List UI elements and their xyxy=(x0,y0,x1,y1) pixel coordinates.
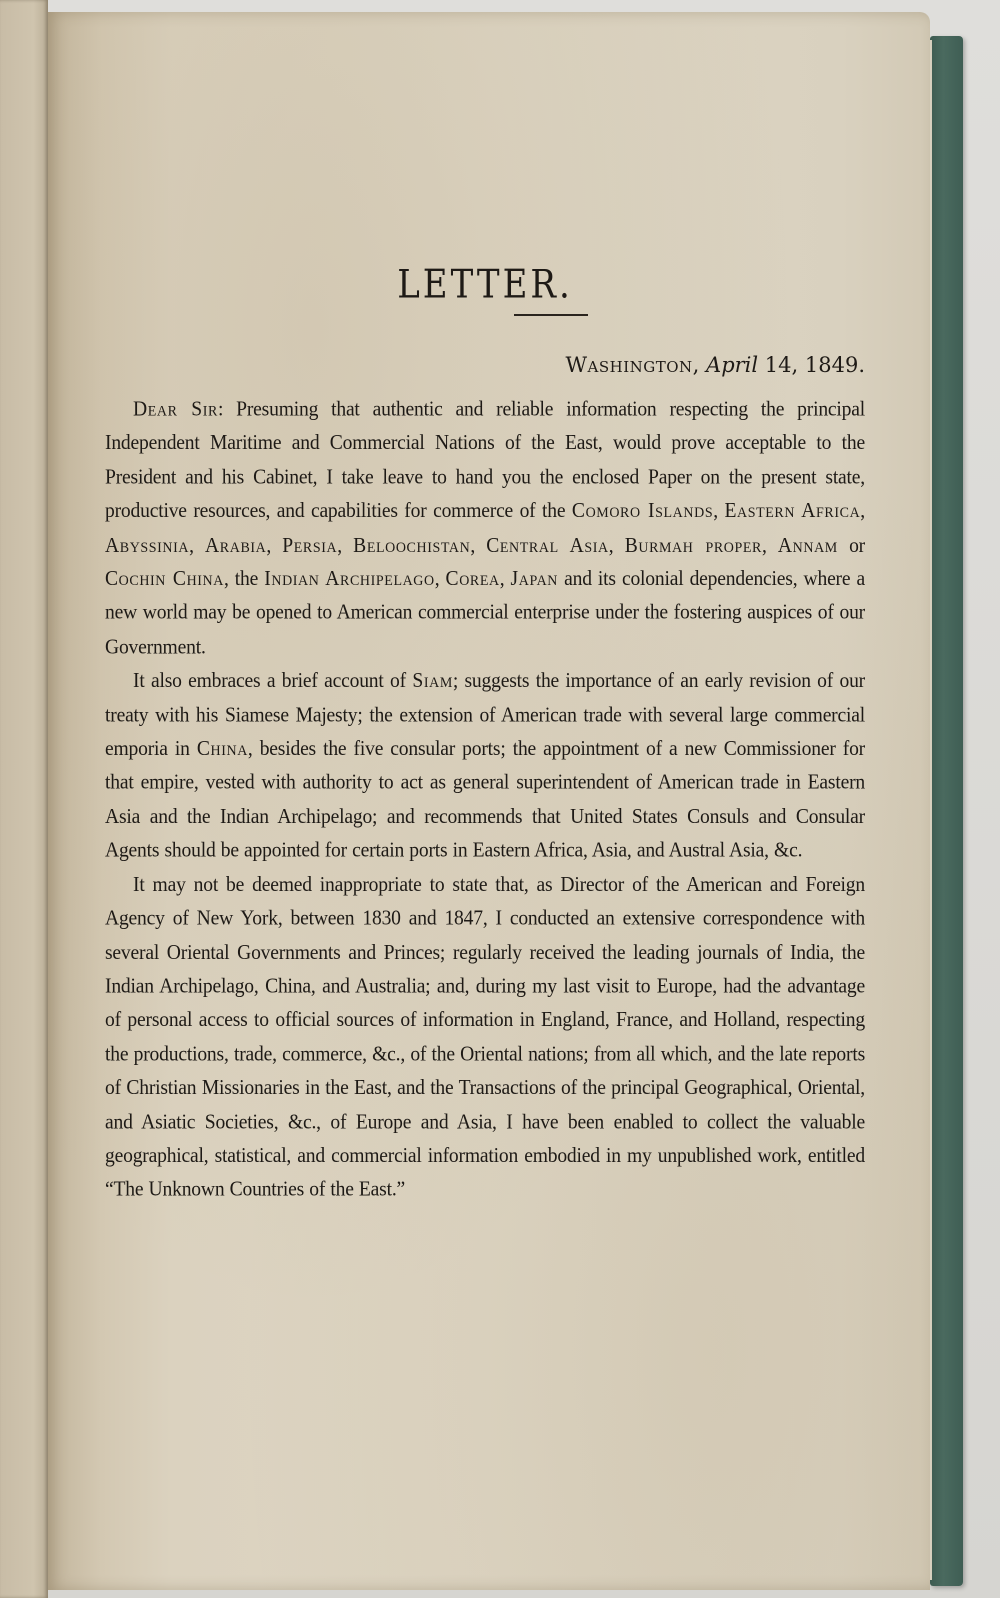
small-caps-term: Central Asia xyxy=(486,534,609,557)
paragraph-text: , xyxy=(609,534,625,557)
paragraph-text: , the xyxy=(224,568,264,591)
letter-paragraph: It also embraces a brief account of Siam… xyxy=(105,664,865,868)
letter-paragraph: Dear Sir: Presuming that authentic and r… xyxy=(105,393,865,664)
paragraph-text: , xyxy=(470,534,486,557)
small-caps-term: Eastern Africa xyxy=(724,500,860,523)
dateline-separator: , xyxy=(693,353,706,377)
dateline-place: Washington xyxy=(565,353,692,377)
page-title: LETTER. xyxy=(105,262,865,308)
paragraph-text: , xyxy=(337,534,353,557)
paragraph-text: It may not be deemed inappropriate to st… xyxy=(105,873,865,1201)
small-caps-term: Abyssinia xyxy=(105,534,189,557)
small-caps-term: Comoro Islands xyxy=(572,500,713,523)
paragraph-text: It also embraces a brief account of xyxy=(133,670,412,693)
small-caps-term: Cochin China xyxy=(105,568,224,591)
paragraph-text: , xyxy=(266,534,282,557)
small-caps-term: Burmah proper xyxy=(625,534,762,557)
small-caps-term: China xyxy=(197,738,248,761)
small-caps-term: Annam xyxy=(778,534,838,557)
dateline-month: April xyxy=(706,353,758,377)
title-rule-divider xyxy=(514,314,588,316)
small-caps-term: Indian Archipelago xyxy=(264,568,434,591)
book-page: LETTER. Washington, April 14, 1849. Dear… xyxy=(48,12,930,1590)
paragraph-text: , xyxy=(500,568,511,591)
paragraph-text: , xyxy=(762,534,778,557)
letter-body: Dear Sir: Presuming that authentic and r… xyxy=(105,393,865,1207)
paragraph-text: , xyxy=(189,534,205,557)
small-caps-term: Siam xyxy=(412,670,453,693)
paragraph-text: , xyxy=(860,500,865,523)
dateline: Washington, April 14, 1849. xyxy=(565,353,865,377)
small-caps-term: Persia xyxy=(282,534,337,557)
letter-paragraph: It may not be deemed inappropriate to st… xyxy=(105,868,865,1207)
small-caps-term: Japan xyxy=(511,568,558,591)
paragraph-text: , xyxy=(713,500,724,523)
small-caps-term: Corea xyxy=(446,568,500,591)
dateline-day-year: 14, 1849. xyxy=(758,353,865,377)
small-caps-term: Beloochistan xyxy=(353,534,470,557)
book-cover-green-cloth xyxy=(930,36,963,1586)
facing-page-edge xyxy=(0,0,48,1598)
small-caps-term: Dear Sir xyxy=(133,398,218,421)
small-caps-term: Arabia xyxy=(205,534,266,557)
paragraph-text: , xyxy=(435,568,446,591)
paragraph-text: or xyxy=(838,534,865,557)
